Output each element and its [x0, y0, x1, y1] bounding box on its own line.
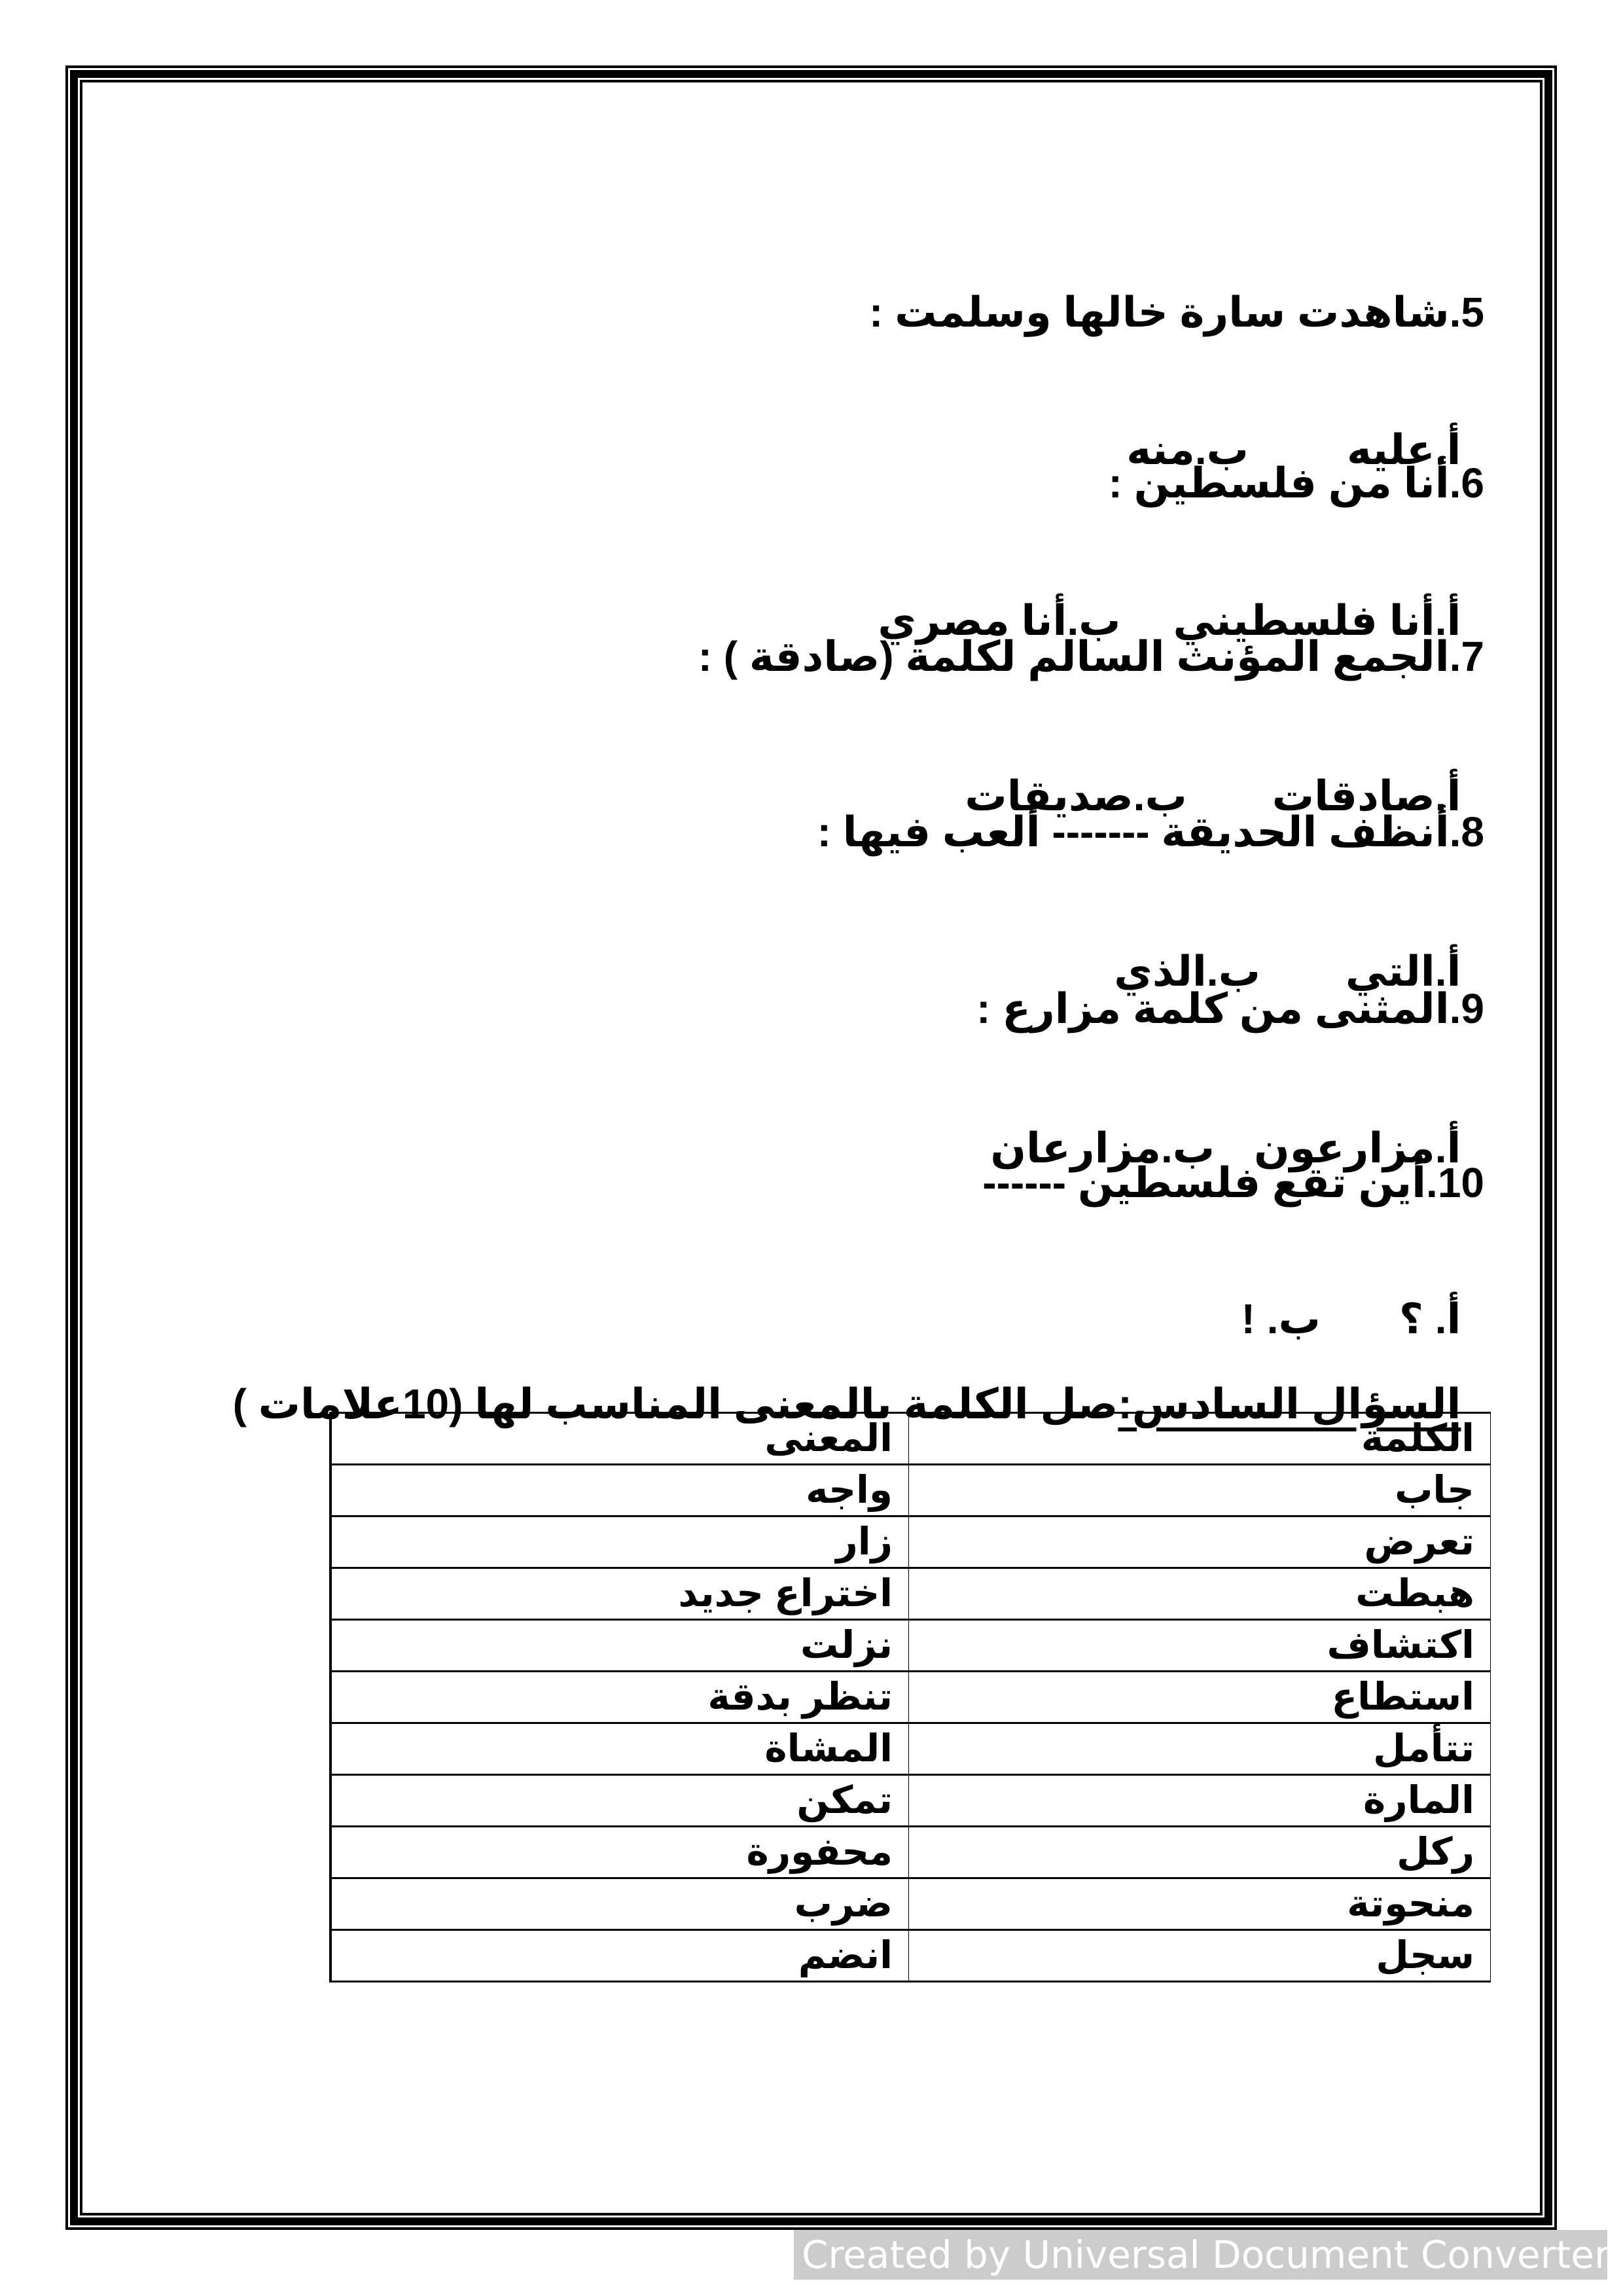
table-row: تتأمل المشاة — [330, 1723, 1491, 1775]
matching-table: الكلمة المعنى جاب واجه تعرض زار هبطت اخت… — [329, 1412, 1491, 1982]
word-cell: هبطت — [909, 1568, 1491, 1620]
word-cell: تتأمل — [909, 1723, 1491, 1775]
word-cell: سجل — [909, 1930, 1491, 1982]
table-row: ركل محفورة — [330, 1827, 1491, 1878]
meaning-cell: تنظر بدقة — [330, 1672, 909, 1723]
word-cell: ركل — [909, 1827, 1491, 1878]
meaning-cell: المشاة — [330, 1723, 909, 1775]
header-word: الكلمة — [909, 1413, 1491, 1465]
question-10-text: 10.أين تقع فلسطين ------ — [982, 1157, 1484, 1209]
table-row: المارة تمكن — [330, 1775, 1491, 1827]
meaning-cell: انضم — [330, 1930, 909, 1982]
question-9-text: 9.المثنى من كلمة مزارع : — [976, 982, 1484, 1035]
meaning-cell: واجه — [330, 1465, 909, 1516]
converter-watermark: Created by Universal Document Converter — [794, 2230, 1607, 2280]
word-cell: المارة — [909, 1775, 1491, 1827]
table-row: اكتشاف نزلت — [330, 1620, 1491, 1672]
meaning-cell: ضرب — [330, 1878, 909, 1930]
word-cell: منحوتة — [909, 1878, 1491, 1930]
word-cell: جاب — [909, 1465, 1491, 1516]
meaning-cell: زار — [330, 1516, 909, 1568]
question-8-text: 8.أنظف الحديقة ------- ألعب فيها : — [817, 806, 1484, 858]
word-cell: استطاع — [909, 1672, 1491, 1723]
table-row: سجل انضم — [330, 1930, 1491, 1982]
table-row: جاب واجه — [330, 1465, 1491, 1516]
word-cell: اكتشاف — [909, 1620, 1491, 1672]
header-meaning: المعنى — [330, 1413, 909, 1465]
meaning-cell: نزلت — [330, 1620, 909, 1672]
table-row: استطاع تنظر بدقة — [330, 1672, 1491, 1723]
meaning-cell: اختراع جديد — [330, 1568, 909, 1620]
table-header-row: الكلمة المعنى — [330, 1413, 1491, 1465]
table-row: منحوتة ضرب — [330, 1878, 1491, 1930]
meaning-cell: محفورة — [330, 1827, 909, 1878]
meaning-cell: تمكن — [330, 1775, 909, 1827]
word-cell: تعرض — [909, 1516, 1491, 1568]
question-6-text: 6.أنا من فلسطين : — [1109, 457, 1484, 509]
question-7-text: 7.الجمع المؤنث السالم لكلمة (صادقة ) : — [698, 630, 1484, 683]
question-8-options: أ.التيب.الذي — [1114, 893, 1484, 997]
table-row: هبطت اختراع جديد — [330, 1568, 1491, 1620]
question-5-text: 5.شاهدت سارة خالها وسلمت : — [869, 286, 1484, 338]
table-row: تعرض زار — [330, 1516, 1491, 1568]
